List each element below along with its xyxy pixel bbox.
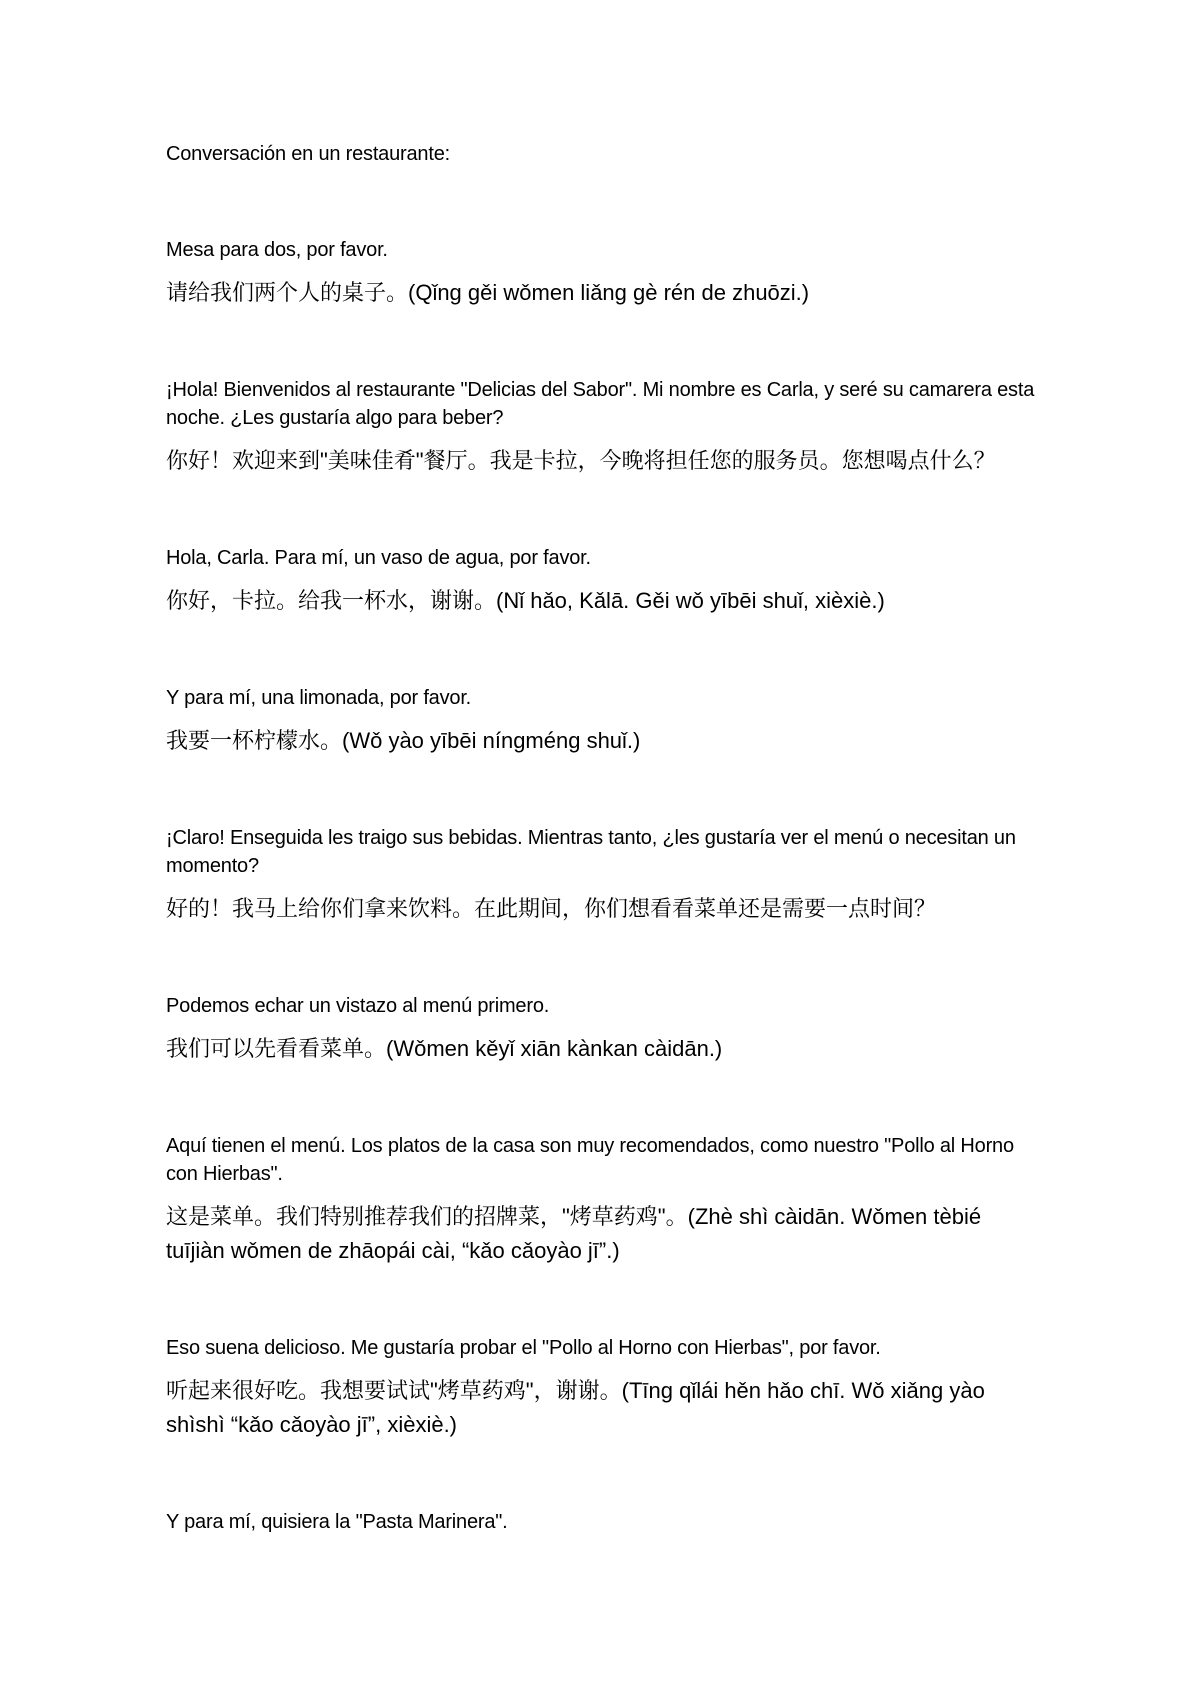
chinese-line: 好的！我马上给你们拿来饮料。在此期间，你们想看看菜单还是需要一点时间？ [166, 892, 1044, 926]
dialogue-turn: Podemos echar un vistazo al menú primero… [166, 992, 1044, 1066]
document-page: Conversación en un restaurante: Mesa par… [0, 0, 1200, 1698]
chinese-line: 听起来很好吃。我想要试试"烤草药鸡"，谢谢。(Tīng qǐlái hěn hǎ… [166, 1374, 1044, 1442]
chinese-line: 你好，卡拉。给我一杯水，谢谢。(Nǐ hǎo, Kǎlā. Gěi wǒ yīb… [166, 584, 1044, 618]
spanish-line: ¡Claro! Enseguida les traigo sus bebidas… [166, 824, 1044, 880]
spanish-line: Aquí tienen el menú. Los platos de la ca… [166, 1132, 1044, 1188]
chinese-line: 我们可以先看看菜单。(Wǒmen kěyǐ xiān kànkan càidān… [166, 1032, 1044, 1066]
dialogue-turn: Eso suena delicioso. Me gustaría probar … [166, 1334, 1044, 1442]
spanish-line: Mesa para dos, por favor. [166, 236, 1044, 264]
dialogue-turn: Y para mí, quisiera la "Pasta Marinera". [166, 1508, 1044, 1536]
chinese-line: 这是菜单。我们特别推荐我们的招牌菜，"烤草药鸡"。(Zhè shì càidān… [166, 1200, 1044, 1268]
spanish-line: Podemos echar un vistazo al menú primero… [166, 992, 1044, 1020]
page-title: Conversación en un restaurante: [166, 140, 1044, 168]
spanish-line: ¡Hola! Bienvenidos al restaurante "Delic… [166, 376, 1044, 432]
chinese-line: 你好！欢迎来到"美味佳肴"餐厅。我是卡拉，今晚将担任您的服务员。您想喝点什么？ [166, 444, 1044, 478]
dialogue-turn: Aquí tienen el menú. Los platos de la ca… [166, 1132, 1044, 1268]
spanish-line: Y para mí, quisiera la "Pasta Marinera". [166, 1508, 1044, 1536]
dialogue-turn: ¡Claro! Enseguida les traigo sus bebidas… [166, 824, 1044, 926]
spanish-line: Hola, Carla. Para mí, un vaso de agua, p… [166, 544, 1044, 572]
dialogue-turn: Y para mí, una limonada, por favor. 我要一杯… [166, 684, 1044, 758]
chinese-line: 我要一杯柠檬水。(Wǒ yào yībēi níngméng shuǐ.) [166, 724, 1044, 758]
dialogue-turn: Mesa para dos, por favor. 请给我们两个人的桌子。(Qǐ… [166, 236, 1044, 310]
spanish-line: Y para mí, una limonada, por favor. [166, 684, 1044, 712]
spanish-line: Eso suena delicioso. Me gustaría probar … [166, 1334, 1044, 1362]
dialogue-turn: ¡Hola! Bienvenidos al restaurante "Delic… [166, 376, 1044, 478]
chinese-line: 请给我们两个人的桌子。(Qǐng gěi wǒmen liǎng gè rén … [166, 276, 1044, 310]
dialogue-turn: Hola, Carla. Para mí, un vaso de agua, p… [166, 544, 1044, 618]
